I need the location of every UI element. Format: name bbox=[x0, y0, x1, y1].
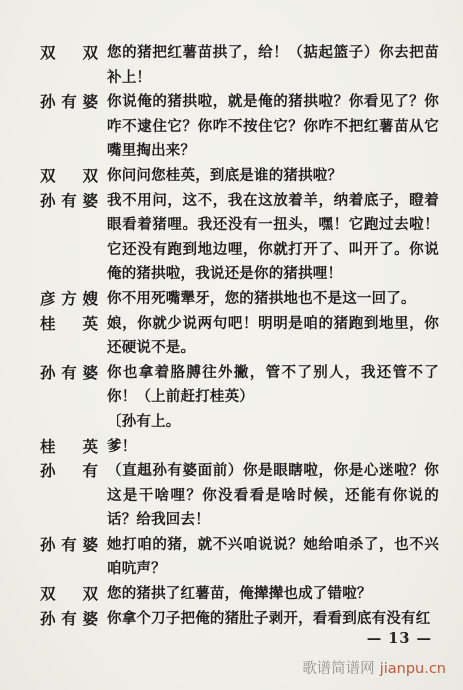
dialogue-text: 爹！ bbox=[107, 435, 439, 460]
dialogue-line: 桂英爹！ bbox=[40, 435, 439, 460]
dialogue-text: （直趄孙有婆面前）你是眼瞎啦，你是心迷啦？你这是干啥哩？你没看看是啥时候，还能有… bbox=[107, 459, 439, 533]
dialogue-text: 我不用问，这不，我在这放着羊，纳着底子，瞪着眼看着猪哩。我还没有一扭头，嘿！它跑… bbox=[107, 189, 439, 287]
dialogue-line: 双双您的猪把红薯苗拱了，给！（掂起篮子）你去把苗补上！ bbox=[40, 41, 439, 90]
dialogue-line: 孙有婆你也拿着胳膊往外撇，管不了别人，我还管不了你！（上前赶打桂英） bbox=[40, 361, 439, 410]
speaker-name: 孙有 bbox=[40, 459, 98, 484]
dialogue-line: 双双您的猪拱了红薯苗，俺撵撵也成了错啦？ bbox=[40, 582, 439, 607]
watermark-site-url[interactable]: jianpu.cn bbox=[380, 661, 446, 677]
dialogue-line: 孙有婆你拿个刀子把俺的猪肚子剥开，看看到底有没有红 bbox=[40, 607, 439, 632]
dialogue-line: 彦方嫂你不用死嘴犟牙，您的猪拱地也不是这一回了。 bbox=[40, 287, 439, 312]
dialogue-line: 孙有（直趄孙有婆面前）你是眼瞎啦，你是心迷啦？你这是干啥哩？你没看看是啥时候，还… bbox=[40, 459, 439, 533]
speaker-name: 桂英 bbox=[40, 312, 98, 337]
speaker-name: 孙有婆 bbox=[40, 90, 98, 115]
dialogue-text: 您的猪把红薯苗拱了，给！（掂起篮子）你去把苗补上！ bbox=[107, 41, 439, 90]
speaker-name: 彦方嫂 bbox=[40, 287, 98, 312]
speaker-name: 桂英 bbox=[40, 435, 98, 460]
speaker-name: 孙有婆 bbox=[40, 607, 98, 632]
dialogue-line: 孙有婆我不用问，这不，我在这放着羊，纳着底子，瞪着眼看着猪哩。我还没有一扭头，嘿… bbox=[40, 189, 439, 287]
dialogue-line: 孙有婆她打咱的猪，就不兴咱说说？她给咱杀了，也不兴咱吭声？ bbox=[40, 533, 439, 582]
dialogue-text: 你问问您桂英，到底是谁的猪拱啦？ bbox=[107, 164, 439, 189]
dialogue-text: 娘，你就少说两句吧！明明是咱的猪跑到地里，你还硬说不是。 bbox=[107, 312, 439, 361]
speaker-name: 双双 bbox=[40, 41, 98, 66]
page-number: — 13 — bbox=[367, 630, 432, 647]
speaker-name: 孙有婆 bbox=[40, 533, 98, 558]
speaker-name: 孙有婆 bbox=[40, 361, 98, 386]
speaker-name: 孙有婆 bbox=[40, 189, 98, 214]
dialogue-text: 您的猪拱了红薯苗，俺撵撵也成了错啦？ bbox=[107, 582, 439, 607]
stage-direction-text: 〔孙有上。 bbox=[107, 410, 439, 435]
watermark: 歌谱简谱网jianpu.cn bbox=[302, 657, 446, 678]
script-body: 双双您的猪把红薯苗拱了，给！（掂起篮子）你去把苗补上！孙有婆你说俺的猪拱啦，就是… bbox=[40, 41, 439, 631]
speaker-name: 双双 bbox=[40, 164, 98, 189]
dialogue-text: 她打咱的猪，就不兴咱说说？她给咱杀了，也不兴咱吭声？ bbox=[107, 533, 439, 582]
dialogue-line: 孙有婆你说俺的猪拱啦，就是俺的猪拱啦？你看见了？你咋不逮住它？你咋不按住它？你咋… bbox=[40, 90, 439, 164]
book-page: 双双您的猪把红薯苗拱了，给！（掂起篮子）你去把苗补上！孙有婆你说俺的猪拱啦，就是… bbox=[0, 0, 463, 690]
dialogue-text: 你说俺的猪拱啦，就是俺的猪拱啦？你看见了？你咋不逮住它？你咋不按住它？你咋不把红… bbox=[107, 90, 439, 164]
dialogue-text: 你不用死嘴犟牙，您的猪拱地也不是这一回了。 bbox=[107, 287, 439, 312]
dialogue-text: 你拿个刀子把俺的猪肚子剥开，看看到底有没有红 bbox=[107, 607, 439, 632]
watermark-site-name: 歌谱简谱网 bbox=[302, 661, 375, 677]
stage-direction-line: 〔孙有上。 bbox=[40, 410, 439, 435]
speaker-name: 双双 bbox=[40, 582, 98, 607]
dialogue-line: 桂英娘，你就少说两句吧！明明是咱的猪跑到地里，你还硬说不是。 bbox=[40, 312, 439, 361]
dialogue-text: 你也拿着胳膊往外撇，管不了别人，我还管不了你！（上前赶打桂英） bbox=[107, 361, 439, 410]
dialogue-line: 双双你问问您桂英，到底是谁的猪拱啦？ bbox=[40, 164, 439, 189]
